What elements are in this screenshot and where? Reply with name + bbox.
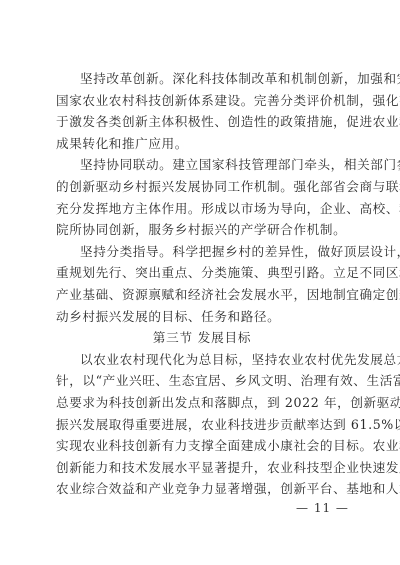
paragraph-4-line-5: 实现农业科技创新有力支撑全面建成小康社会的目标。农业科技 xyxy=(56,435,348,457)
paragraph-4-line-4: 振兴发展取得重要进展，农业科技进步贡献率达到 61.5%以上， xyxy=(56,414,348,436)
paragraph-1-line-2: 国家农业农村科技创新体系建设。完善分类评价机制，强化有利 xyxy=(56,90,348,112)
paragraph-2-line-4: 院所协同创新，服务乡村振兴的产学研合作机制。 xyxy=(56,219,348,241)
paragraph-2-line-1: 坚持协同联动。建立国家科技管理部门牵头，相关部门参与 xyxy=(56,154,348,176)
paragraph-2-line-2: 的创新驱动乡村振兴发展协同工作机制。强化部省会商与联动， xyxy=(56,176,348,198)
paragraph-3-line-3: 产业基础、资源禀赋和经济社会发展水平，因地制宜确定创新驱 xyxy=(56,284,348,306)
paragraph-4-line-6: 创新能力和技术发展水平显著提升，农业科技型企业快速发展， xyxy=(56,457,348,479)
paragraph-4-line-1: 以农业农村现代化为总目标，坚持农业农村优先发展总方 xyxy=(56,349,348,371)
document-page: 坚持改革创新。深化科技体制改革和机制创新，加强和完善 国家农业农村科技创新体系建… xyxy=(0,0,400,565)
paragraph-3-line-4: 动乡村振兴发展的目标、任务和路径。 xyxy=(56,306,348,328)
section-heading: 第三节 发展目标 xyxy=(56,327,348,349)
paragraph-2-line-3: 充分发挥地方主体作用。形成以市场为导向，企业、高校、科研 xyxy=(56,198,348,220)
paragraph-1-line-4: 成果转化和推广应用。 xyxy=(56,133,348,155)
document-body: 坚持改革创新。深化科技体制改革和机制创新，加强和完善 国家农业农村科技创新体系建… xyxy=(56,68,348,500)
page-number: — 11 — xyxy=(296,501,349,515)
paragraph-4-line-7: 农业综合效益和产业竞争力显著增强，创新平台、基地和人才队 xyxy=(56,478,348,500)
paragraph-4-line-2: 针，以“产业兴旺、生态宜居、乡风文明、治理有效、生活富裕” xyxy=(56,370,348,392)
paragraph-3-line-2: 重规划先行、突出重点、分类施策、典型引路。立足不同区域的 xyxy=(56,262,348,284)
paragraph-1-line-1: 坚持改革创新。深化科技体制改革和机制创新，加强和完善 xyxy=(56,68,348,90)
paragraph-3-line-1: 坚持分类指导。科学把握乡村的差异性，做好顶层设计，注 xyxy=(56,241,348,263)
paragraph-4-line-3: 总要求为科技创新出发点和落脚点，到 2022 年，创新驱动乡村 xyxy=(56,392,348,414)
paragraph-1-line-3: 于激发各类创新主体积极性、创造性的政策措施，促进农业科技 xyxy=(56,111,348,133)
